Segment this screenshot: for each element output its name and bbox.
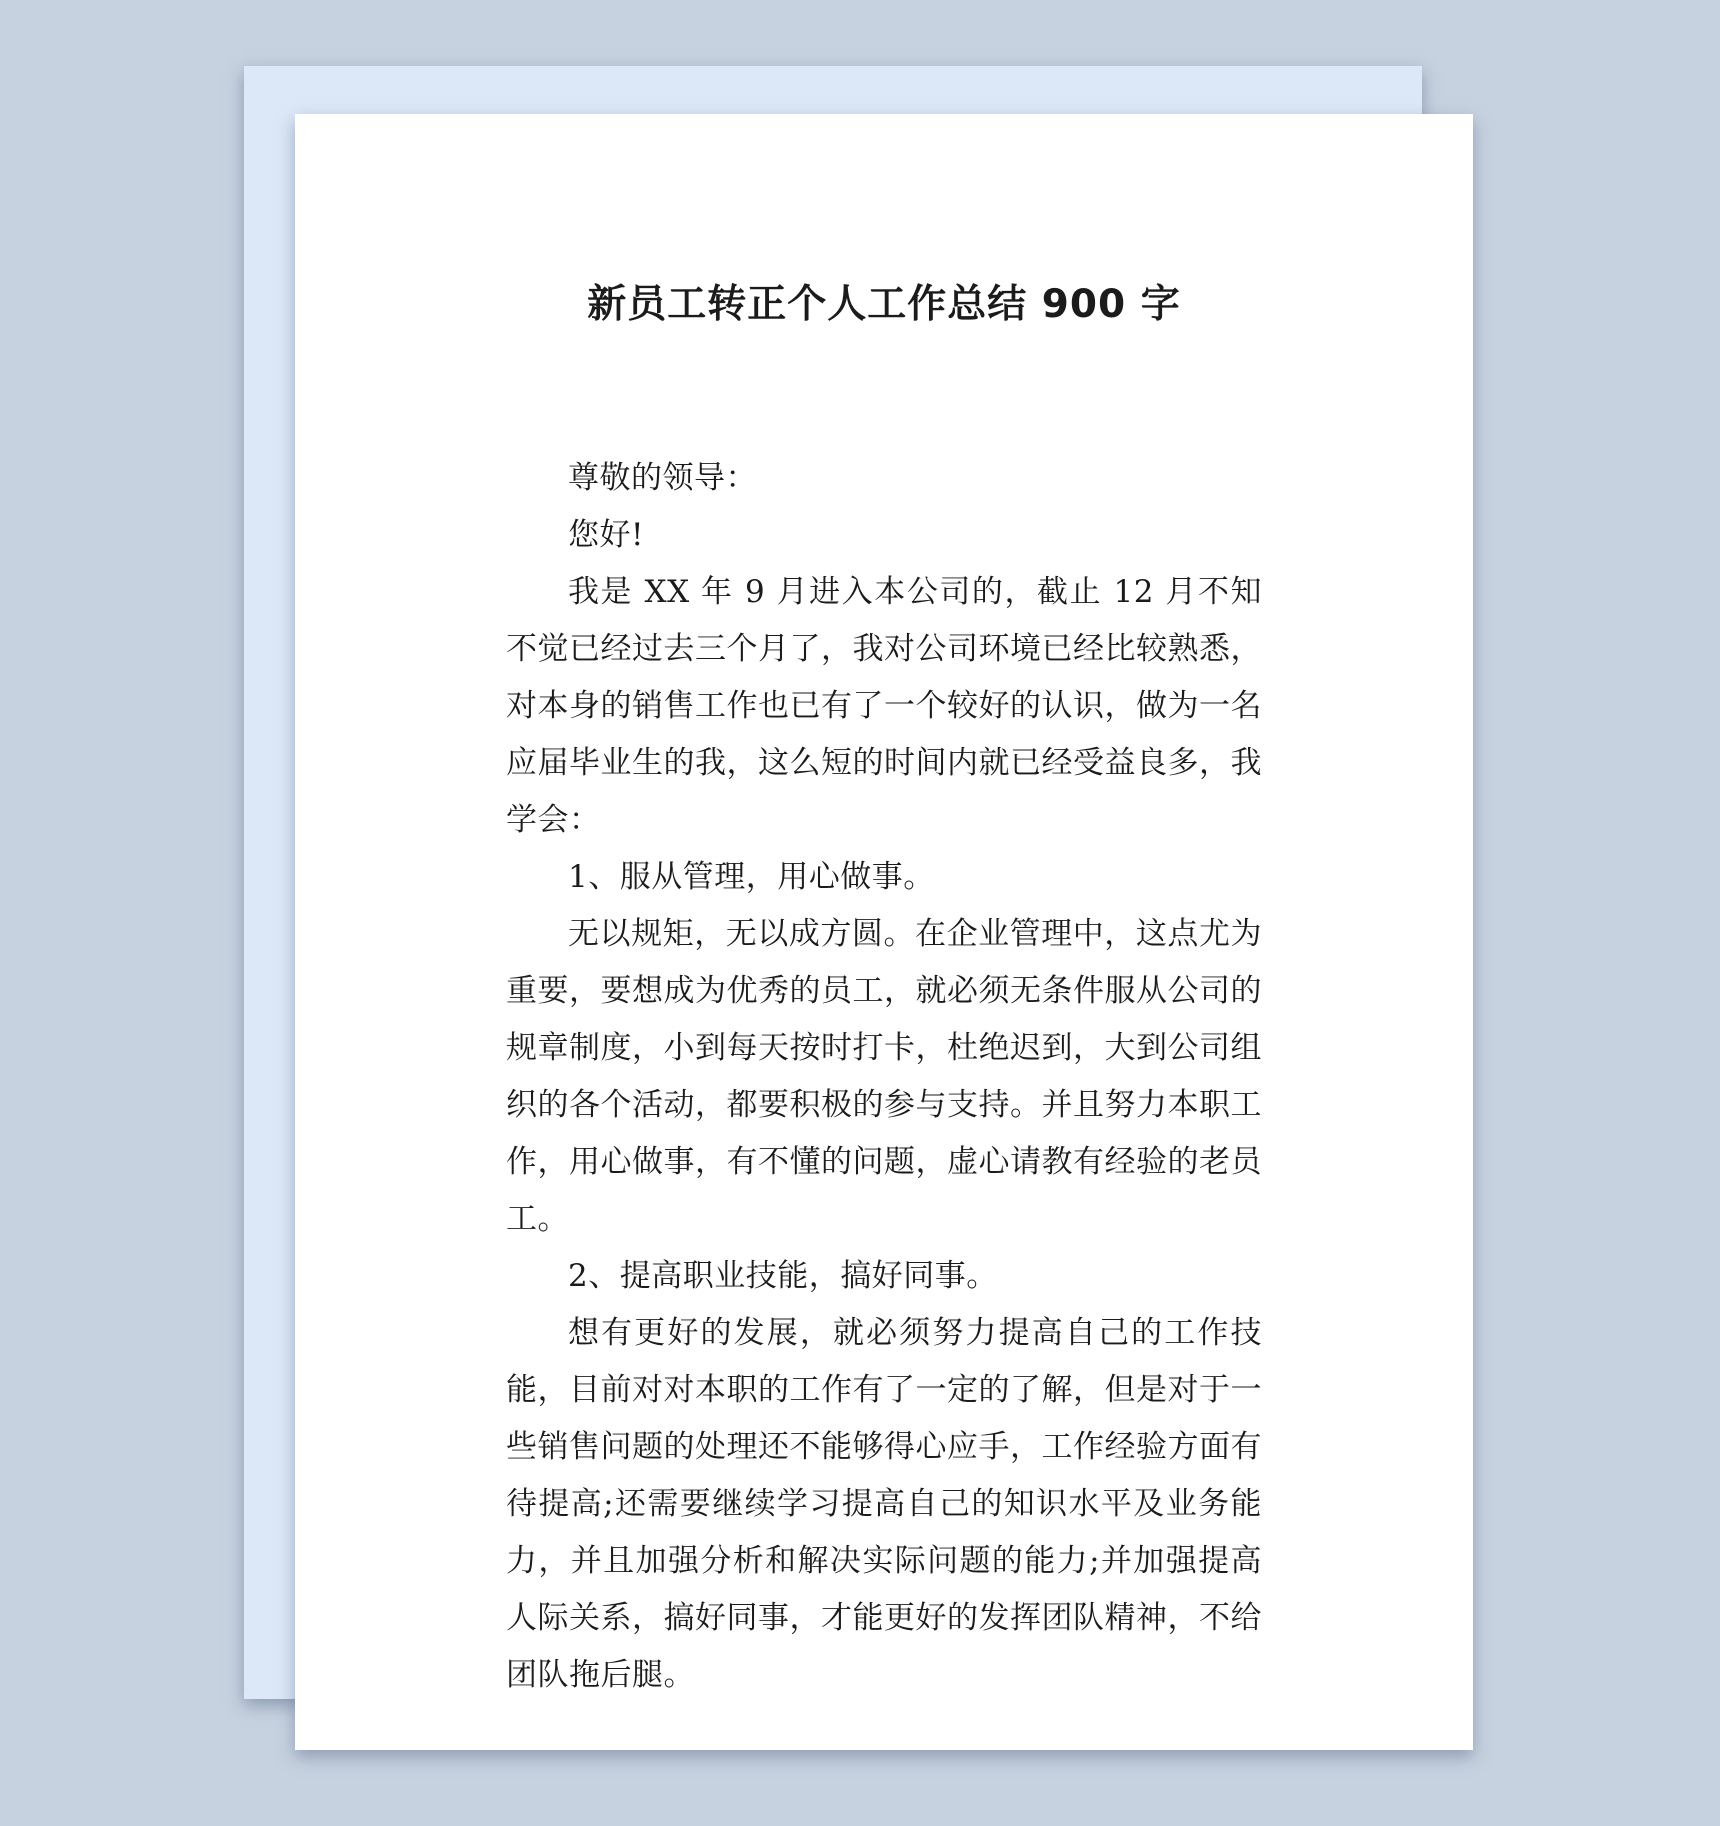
- document-paragraph: 我是 XX 年 9 月进入本公司的，截止 12 月不知不觉已经过去三个月了，我对…: [506, 564, 1262, 849]
- page-background: 新员工转正个人工作总结 900 字 尊敬的领导：您好!我是 XX 年 9 月进入…: [0, 0, 1720, 1826]
- document-page: 新员工转正个人工作总结 900 字 尊敬的领导：您好!我是 XX 年 9 月进入…: [295, 114, 1473, 1750]
- document-paragraph: 尊敬的领导：: [506, 450, 1262, 507]
- document-paragraph: 1、服从管理，用心做事。: [506, 849, 1262, 906]
- document-paragraph: 您好!: [506, 507, 1262, 564]
- document-body: 尊敬的领导：您好!我是 XX 年 9 月进入本公司的，截止 12 月不知不觉已经…: [506, 450, 1262, 1704]
- document-paragraph: 想有更好的发展，就必须努力提高自己的工作技能，目前对对本职的工作有了一定的了解，…: [506, 1305, 1262, 1704]
- document-paragraph: 无以规矩，无以成方圆。在企业管理中，这点尤为重要，要想成为优秀的员工，就必须无条…: [506, 906, 1262, 1248]
- document-paragraph: 2、提高职业技能，搞好同事。: [506, 1248, 1262, 1305]
- document-title: 新员工转正个人工作总结 900 字: [506, 281, 1262, 330]
